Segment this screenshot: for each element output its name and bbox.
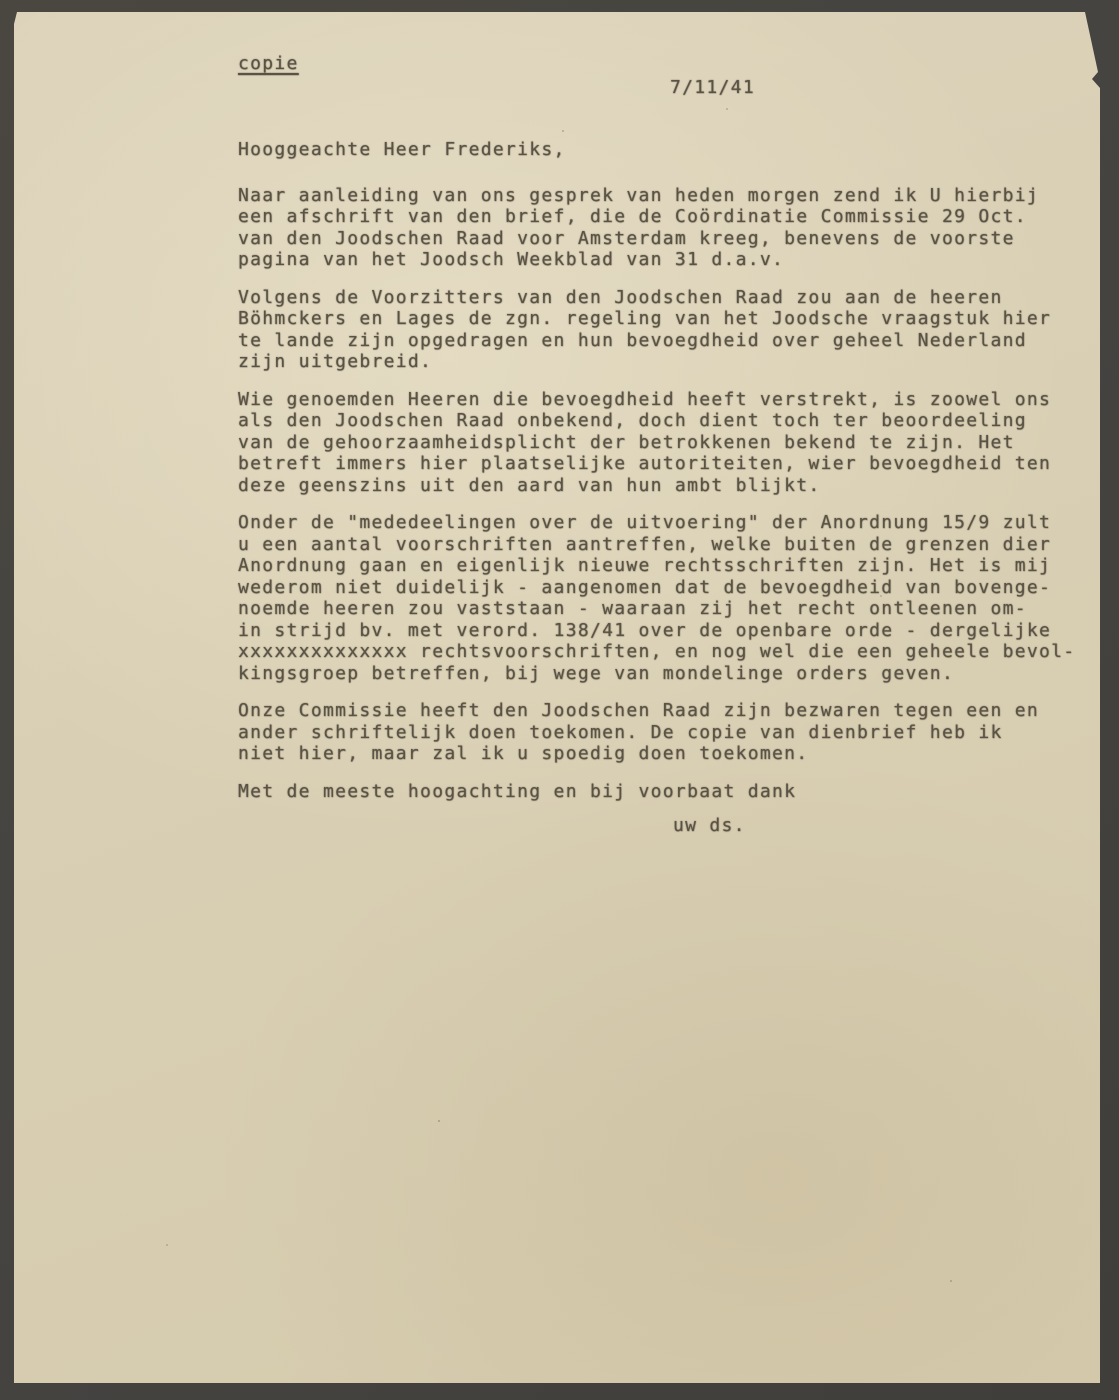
copy-stamp: copie — [238, 53, 299, 75]
paragraph-4: Onder de "mededeelingen over de uitvoeri… — [238, 512, 1118, 684]
closing-line: Met de meeste hoogachting en bij voorbaa… — [238, 781, 1118, 803]
paper-speckles — [14, 12, 16, 14]
signature: uw ds. — [673, 815, 1118, 837]
paragraph-1: Naar aanleiding van ons gesprek van hede… — [238, 185, 1118, 271]
letter-page: copie 7/11/41 Hooggeachte Heer Frederiks… — [14, 12, 1101, 1383]
photo-backdrop: copie 7/11/41 Hooggeachte Heer Frederiks… — [0, 0, 1119, 1400]
paragraph-5: Onze Commissie heeft den Joodschen Raad … — [238, 700, 1118, 765]
paragraph-2: Volgens de Voorzitters van den Joodschen… — [238, 287, 1118, 373]
letter-body: Hooggeachte Heer Frederiks, Naar aanleid… — [238, 139, 1118, 837]
salutation: Hooggeachte Heer Frederiks, — [238, 139, 1118, 161]
letter-date: 7/11/41 — [670, 77, 755, 99]
paragraph-3: Wie genoemden Heeren die bevoegdheid hee… — [238, 389, 1118, 497]
